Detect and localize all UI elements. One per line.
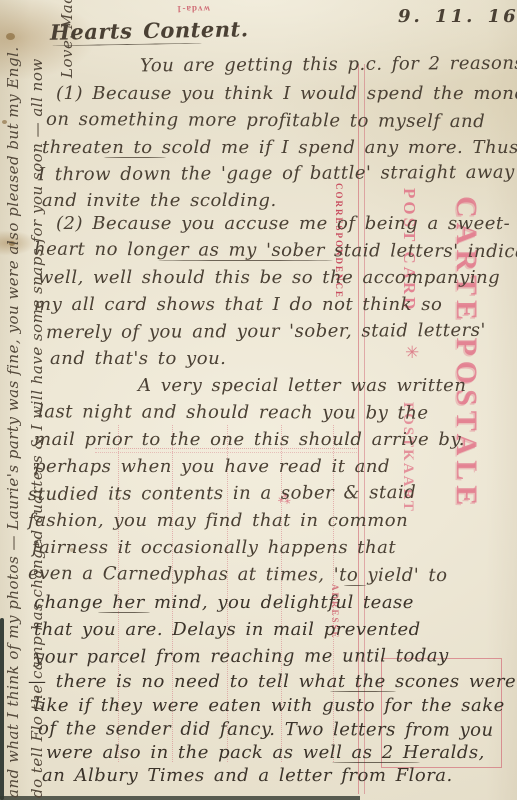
handwritten-line: — there is no need to tell what the scon… bbox=[28, 671, 516, 693]
handwritten-line: my all card shows that I do not think so bbox=[34, 294, 442, 316]
handwritten-line: studied its contents in a sober & staid bbox=[28, 482, 416, 506]
handwritten-line: (1) Because you think I would spend the … bbox=[56, 83, 517, 105]
handwritten-line: like if they were eaten with gusto for t… bbox=[34, 695, 505, 717]
ink-underline bbox=[330, 691, 396, 692]
ink-underline bbox=[158, 260, 333, 261]
printed-star-ornament: ✳ bbox=[405, 343, 419, 363]
handwritten-line: mail prior to the one this should arrive… bbox=[34, 429, 465, 451]
postcard-scan: CORRESPONDENCE ADRESSE POST CARD POSTKAA… bbox=[0, 0, 517, 800]
handwritten-line: and invite the scolding. bbox=[42, 190, 277, 212]
handwritten-line: on something more profitable to myself a… bbox=[46, 109, 485, 133]
margin-note: Love, Mac bbox=[58, 0, 76, 78]
handwritten-line: You are getting this p.c. for 2 reasons. bbox=[140, 53, 517, 78]
handwritten-line: merely of you and your 'sober, staid let… bbox=[46, 320, 486, 344]
margin-note: do tell Flo the camp has changed quarter… bbox=[28, 58, 46, 798]
handwritten-line: were also in the pack as well as 2 Heral… bbox=[46, 742, 485, 764]
handwritten-line: your parcel from reaching me until today bbox=[34, 645, 449, 668]
handwritten-line: (2) Because you accuse me of being a swe… bbox=[56, 213, 510, 235]
paper-stain bbox=[6, 33, 15, 40]
handwritten-line: and that's to you. bbox=[50, 348, 226, 370]
scan-edge-shadow-bottom bbox=[0, 796, 360, 800]
handwritten-line: fairness it occasionally happens that bbox=[32, 537, 396, 559]
letter-heading: Hearts Content. bbox=[50, 18, 249, 43]
handwritten-line: I throw down the 'gage of battle' straig… bbox=[38, 162, 515, 186]
handwritten-line: perhaps when you have read it and bbox=[34, 456, 390, 478]
ink-underline bbox=[344, 585, 366, 586]
handwritten-line: A very special letter was written bbox=[138, 375, 466, 397]
handwritten-line: that you are. Delays in mail prevented bbox=[34, 619, 421, 641]
handwritten-line: fashion, you may find that in common bbox=[28, 510, 408, 532]
ink-underline bbox=[332, 762, 420, 763]
letter-date: 9. 11. 16 bbox=[398, 6, 517, 28]
handwritten-line: threaten to scold me if I spend any more… bbox=[42, 137, 517, 159]
margin-note: and what I think of my photos — Laurie's… bbox=[4, 46, 22, 798]
printed-rule-horizontal bbox=[95, 452, 357, 453]
handwritten-line: an Albury Times and a letter from Flora. bbox=[42, 765, 453, 787]
handwritten-line: last night and should reach you by the bbox=[38, 401, 429, 424]
ink-underline bbox=[104, 157, 166, 158]
handwritten-line: even a Carnedyphas at times, 'to yield' … bbox=[28, 563, 448, 587]
printed-maker-mark: wvda-1 bbox=[176, 4, 210, 14]
handwritten-line: well, well should this be so the accompa… bbox=[38, 267, 500, 289]
handwritten-line: change her mind, you delightful tease bbox=[34, 592, 414, 614]
ink-underline bbox=[98, 612, 150, 613]
handwritten-line: of the sender did fancy. Two letters fro… bbox=[38, 718, 494, 742]
